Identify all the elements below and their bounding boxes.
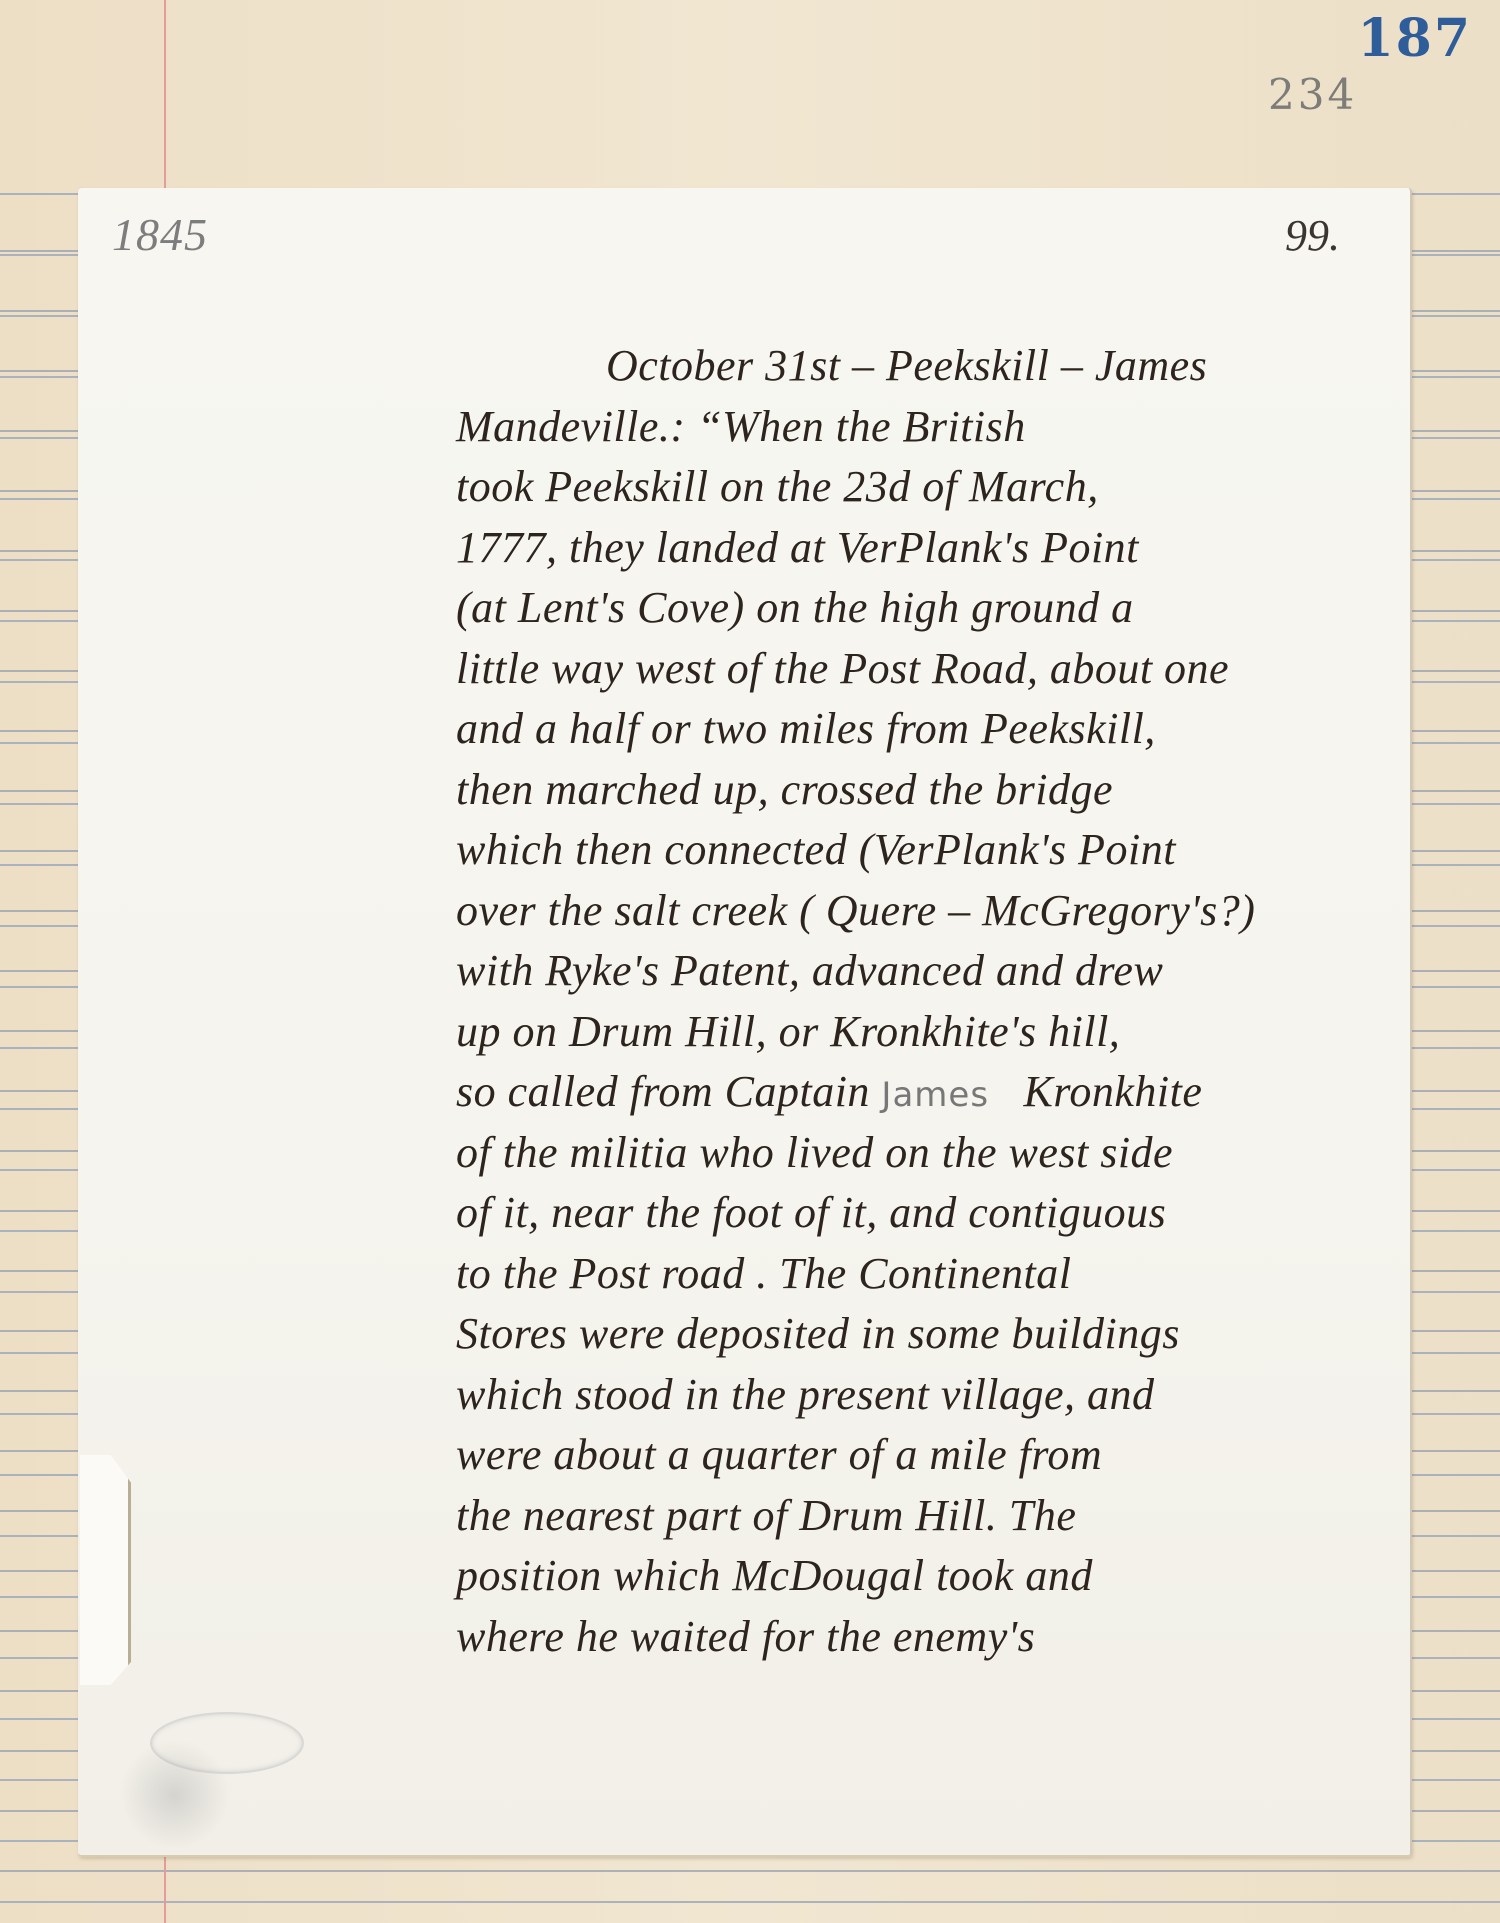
- text-line: where he waited for the enemy's: [456, 1607, 1396, 1668]
- text-line: to the Post road . The Continental: [456, 1244, 1396, 1305]
- text-line: then marched up, crossed the bridge: [456, 760, 1396, 821]
- text-line: of it, near the foot of it, and contiguo…: [456, 1183, 1396, 1244]
- pencil-year-note: 1845: [112, 208, 208, 261]
- pencil-insertion: James: [881, 1075, 989, 1115]
- handwritten-text: October 31st – Peekskill – James Mandevi…: [456, 336, 1396, 1667]
- text-segment: Kronkhite: [1024, 1067, 1203, 1116]
- torn-paper-tab: [80, 1455, 131, 1685]
- text-segment: so called from Captain: [456, 1067, 870, 1116]
- text-line: of the militia who lived on the west sid…: [456, 1123, 1396, 1184]
- text-line: Mandeville.: “When the British: [456, 397, 1396, 458]
- archive-stamp-secondary: 234: [1268, 70, 1357, 119]
- text-line: October 31st – Peekskill – James: [456, 336, 1396, 397]
- text-line: with Ryke's Patent, advanced and drew: [456, 941, 1396, 1002]
- text-line: (at Lent's Cove) on the high ground a: [456, 578, 1396, 639]
- text-line: were about a quarter of a mile from: [456, 1425, 1396, 1486]
- page-number: 99.: [1285, 210, 1340, 261]
- text-line: position which McDougal took and: [456, 1546, 1396, 1607]
- text-line: took Peekskill on the 23d of March,: [456, 457, 1396, 518]
- manuscript-sheet: 1845 99. October 31st – Peekskill – Jame…: [78, 188, 1412, 1857]
- ink-smudge: [120, 1740, 230, 1850]
- text-line: the nearest part of Drum Hill. The: [456, 1486, 1396, 1547]
- text-line: 1777, they landed at VerPlank's Point: [456, 518, 1396, 579]
- text-line: little way west of the Post Road, about …: [456, 639, 1396, 700]
- text-line: up on Drum Hill, or Kronkhite's hill,: [456, 1002, 1396, 1063]
- text-line: and a half or two miles from Peekskill,: [456, 699, 1396, 760]
- text-line: which stood in the present village, and: [456, 1365, 1396, 1426]
- text-line: Stores were deposited in some buildings: [456, 1304, 1396, 1365]
- text-line-with-insert: so called from Captain James Kronkhite: [456, 1062, 1396, 1123]
- archive-stamp-primary: 187: [1357, 8, 1472, 69]
- text-line: over the salt creek ( Quere – McGregory'…: [456, 881, 1396, 942]
- text-line: which then connected (VerPlank's Point: [456, 820, 1396, 881]
